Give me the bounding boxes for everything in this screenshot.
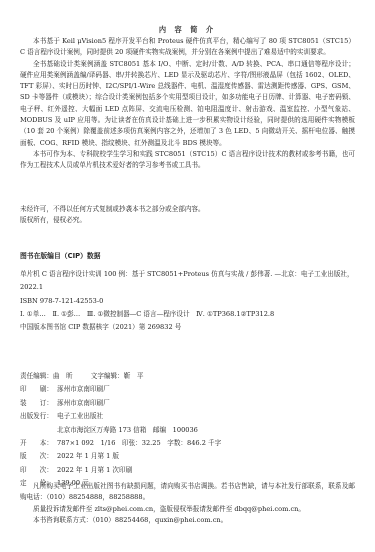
impression-label: 印 次： (20, 464, 57, 477)
colophon-editors: 责任编辑： 曲 昕 文字编辑： 靳 平 (20, 370, 360, 383)
format-label: 开 本： (20, 437, 57, 450)
impression-value: 2022 年 1 月第 1 次印刷 (57, 464, 132, 477)
edition-value: 2022 年 1 月第 1 版 (57, 450, 119, 463)
colophon-edition: 版 次： 2022 年 1 月第 1 版 (20, 450, 360, 463)
text-editor-value: 靳 平 (124, 370, 144, 383)
contact-line-2: 质量投诉请发邮件至 zlts@phei.com.cn，盗版侵权举报请发邮件至 d… (20, 504, 355, 515)
colophon: 责任编辑： 曲 昕 文字编辑： 靳 平 印 刷： 涿州市京南印刷厂 装 订： 涿… (20, 370, 360, 491)
contact-info: 凡所购买电子工业出版社图书有缺损问题，请向购买书店调换。若书店售缺，请与本社发行… (20, 481, 355, 526)
copyright-line-2: 版权所有，侵权必究。 (20, 215, 350, 226)
format-value: 787×1 092 1/16 印张：32.25 字数：846.2 千字 (57, 437, 221, 450)
binding-value: 涿州市京南印刷厂 (57, 397, 110, 410)
binding-label: 装 订： (20, 397, 57, 410)
contact-line-1: 凡所购买电子工业出版社图书有缺损问题，请向购买书店调换。若书店售缺，请与本社发行… (20, 481, 355, 504)
edition-label: 版 次： (20, 450, 57, 463)
copyright-line-1: 未经许可，不得以任何方式复制或抄袭本书之部分或全部内容。 (20, 204, 350, 215)
cip-data: 单片机 C 语言程序设计实训 100 例：基于 STC8051+Proteus … (20, 268, 370, 334)
publisher-address: 北京市海淀区万寿路 173 信箱 邮编 100036 (20, 424, 360, 437)
summary-body: 本书基于 Keil μVision5 程序开发平台和 Proteus 硬件仿真平… (20, 36, 355, 172)
contact-line-3: 本书咨询联系方式：（010）88254468，quxin@phei.com.cn… (20, 515, 355, 526)
editor-value: 曲 昕 (53, 370, 73, 383)
cip-classification: Ⅰ. ①单… Ⅱ. ①彭… Ⅲ. ①微控制器—C 语言—程序设计 Ⅳ. ①TP3… (20, 308, 370, 321)
printing-label: 印 刷： (20, 383, 57, 396)
cip-isbn: ISBN 978-7-121-42553-0 (20, 295, 370, 308)
colophon-impression: 印 次： 2022 年 1 月第 1 次印刷 (20, 464, 360, 477)
publisher-label: 出版发行： (20, 410, 57, 423)
summary-paragraph-3: 本书可作为本、专科院校学生学习和实践 STC8051（STC15）C 语言程序设… (20, 149, 355, 172)
cip-title-line: 单片机 C 语言程序设计实训 100 例：基于 STC8051+Proteus … (20, 268, 370, 295)
editor-label: 责任编辑： (20, 370, 53, 383)
text-editor-label: 文字编辑： (91, 370, 124, 383)
copyright-notice: 未经许可，不得以任何方式复制或抄袭本书之部分或全部内容。 版权所有，侵权必究。 (20, 204, 350, 227)
printing-value: 涿州市京南印刷厂 (57, 383, 110, 396)
summary-title: 内 容 简 介 (0, 24, 375, 35)
copyright-page: 内 容 简 介 本书基于 Keil μVision5 程序开发平台和 Prote… (0, 0, 375, 552)
colophon-binding: 装 订： 涿州市京南印刷厂 (20, 397, 360, 410)
summary-paragraph-2: 全书基础设计类案例涵盖 STC8051 基本 I/O、中断、定时/计数、A/D … (20, 59, 355, 149)
colophon-printing: 印 刷： 涿州市京南印刷厂 (20, 383, 360, 396)
colophon-format: 开 本： 787×1 092 1/16 印张：32.25 字数：846.2 千字 (20, 437, 360, 450)
summary-paragraph-1: 本书基于 Keil μVision5 程序开发平台和 Proteus 硬件仿真平… (20, 36, 355, 59)
colophon-publisher: 出版发行： 电子工业出版社 (20, 410, 360, 423)
cip-heading: 图书在版编目（CIP）数据 (20, 251, 100, 262)
publisher-value: 电子工业出版社 (57, 410, 103, 423)
cip-record-number: 中国版本图书馆 CIP 数据核字（2021）第 269832 号 (20, 321, 370, 334)
